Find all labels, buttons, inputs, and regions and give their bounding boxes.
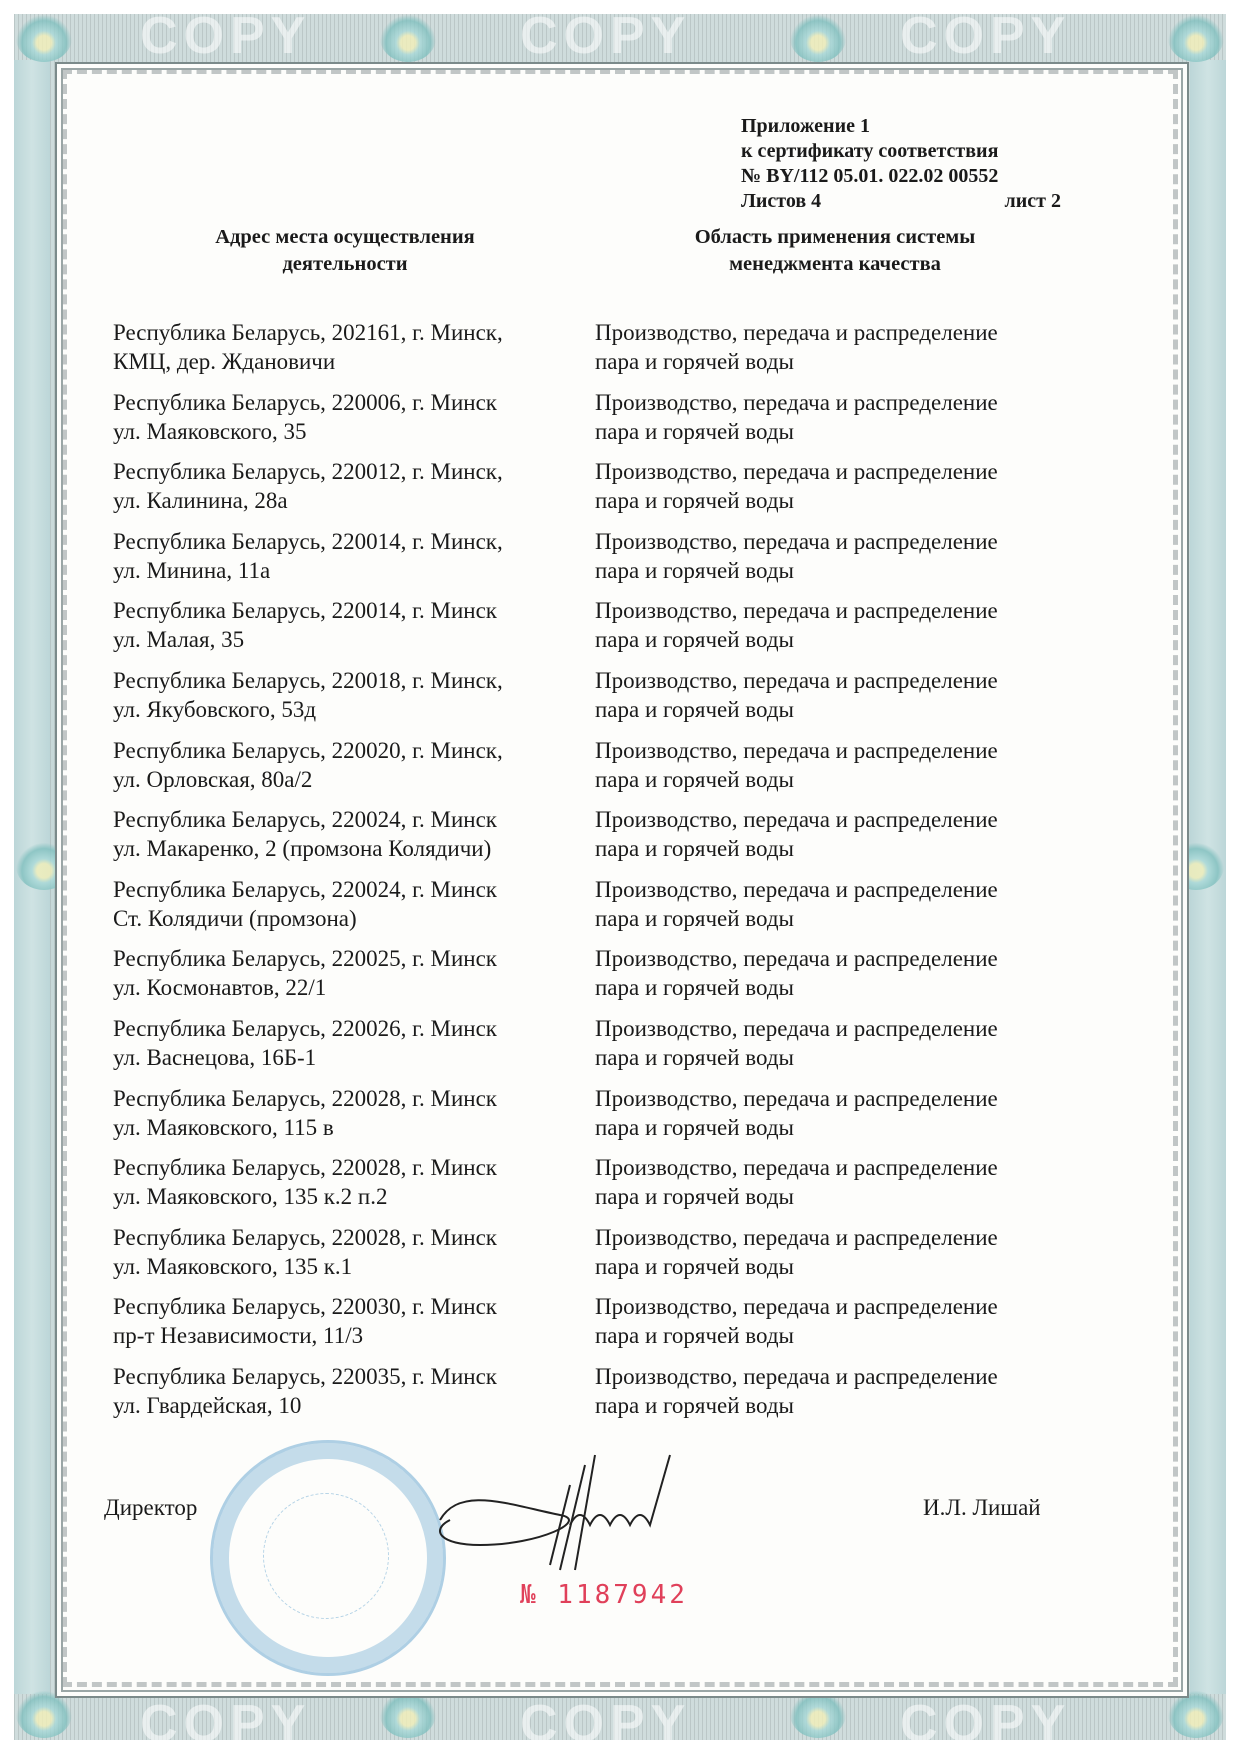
entry-address: Республика Беларусь, 220006, г. Минскул.… — [113, 388, 595, 458]
entry-row: Республика Беларусь, 220006, г. Минскул.… — [113, 388, 1093, 458]
certificate-number: № BY/112 05.01. 022.02 00552 — [741, 164, 1061, 189]
entry-row: Республика Беларусь, 220012, г. Минск,ул… — [113, 457, 1093, 527]
address-column-heading: Адрес места осуществления деятельности — [150, 224, 540, 278]
entry-scope: Производство, передача и распределениепа… — [595, 1223, 1075, 1293]
copy-watermark: COPY — [140, 1694, 311, 1754]
signature-icon — [420, 1445, 740, 1575]
copy-watermark: COPY — [520, 1694, 691, 1754]
entry-row: Республика Беларусь, 220024, г. Минскул.… — [113, 805, 1093, 875]
rosette-ornament-icon — [1168, 14, 1224, 62]
sheet-number: лист 2 — [1005, 189, 1061, 214]
official-stamp — [210, 1440, 446, 1676]
entry-scope: Производство, передача и распределениепа… — [595, 736, 1075, 806]
entry-row: Республика Беларусь, 220035, г. Минскул.… — [113, 1362, 1093, 1432]
entry-row: Республика Беларусь, 220028, г. Минскул.… — [113, 1084, 1093, 1154]
annex-header: Приложение 1 к сертификату соответствия … — [741, 114, 1061, 214]
entry-row: Республика Беларусь, 220026, г. Минскул.… — [113, 1014, 1093, 1084]
copy-watermark: COPY — [900, 6, 1071, 66]
entry-row: Республика Беларусь, 220018, г. Минск,ул… — [113, 666, 1093, 736]
entry-row: Республика Беларусь, 220024, г. МинскСт.… — [113, 875, 1093, 945]
rosette-ornament-icon — [380, 14, 436, 62]
entry-address: Республика Беларусь, 220028, г. Минскул.… — [113, 1084, 595, 1154]
entry-address: Республика Беларусь, 220026, г. Минскул.… — [113, 1014, 595, 1084]
entry-scope: Производство, передача и распределениепа… — [595, 1014, 1075, 1084]
entry-address: Республика Беларусь, 220014, г. Минск,ул… — [113, 527, 595, 597]
entry-address: Республика Беларусь, 220028, г. Минскул.… — [113, 1223, 595, 1293]
copy-watermark: COPY — [140, 6, 311, 66]
entry-address: Республика Беларусь, 220024, г. Минскул.… — [113, 805, 595, 875]
entry-address: Республика Беларусь, 202161, г. Минск,КМ… — [113, 318, 595, 388]
copy-watermark: COPY — [900, 1694, 1071, 1754]
signatory-position: Директор — [104, 1495, 197, 1521]
entries-table: Республика Беларусь, 202161, г. Минск,КМ… — [113, 318, 1093, 1432]
entry-address: Республика Беларусь, 220025, г. Минскул.… — [113, 944, 595, 1014]
entry-row: Республика Беларусь, 220025, г. Минскул.… — [113, 944, 1093, 1014]
entry-address: Республика Беларусь, 220030, г. Минскпр-… — [113, 1292, 595, 1362]
entry-scope: Производство, передача и распределениепа… — [595, 1362, 1075, 1432]
entry-address: Республика Беларусь, 220020, г. Минск,ул… — [113, 736, 595, 806]
entry-scope: Производство, передача и распределениепа… — [595, 318, 1075, 388]
scope-column-heading: Область применения системы менеджмента к… — [640, 224, 1030, 278]
entry-address: Республика Беларусь, 220012, г. Минск,ул… — [113, 457, 595, 527]
serial-number: № 1187942 — [520, 1580, 688, 1610]
entry-address: Республика Беларусь, 220018, г. Минск,ул… — [113, 666, 595, 736]
annex-subtitle: к сертификату соответствия — [741, 139, 1061, 164]
sheets-total: Листов 4 — [741, 189, 821, 214]
entry-row: Республика Беларусь, 220030, г. Минскпр-… — [113, 1292, 1093, 1362]
entry-row: Республика Беларусь, 220014, г. Минскул.… — [113, 596, 1093, 666]
entry-row: Республика Беларусь, 220028, г. Минскул.… — [113, 1153, 1093, 1223]
entry-scope: Производство, передача и распределениепа… — [595, 1153, 1075, 1223]
annex-title: Приложение 1 — [741, 114, 1061, 139]
entry-address: Республика Беларусь, 220028, г. Минскул.… — [113, 1153, 595, 1223]
entry-row: Республика Беларусь, 202161, г. Минск,КМ… — [113, 318, 1093, 388]
entry-scope: Производство, передача и распределениепа… — [595, 596, 1075, 666]
signatory-name: И.Л. Лишай — [923, 1495, 1041, 1521]
entry-scope: Производство, передача и распределениепа… — [595, 875, 1075, 945]
entry-scope: Производство, передача и распределениепа… — [595, 944, 1075, 1014]
entry-scope: Производство, передача и распределениепа… — [595, 666, 1075, 736]
entry-row: Республика Беларусь, 220014, г. Минск,ул… — [113, 527, 1093, 597]
entry-row: Республика Беларусь, 220028, г. Минскул.… — [113, 1223, 1093, 1293]
entry-scope: Производство, передача и распределениепа… — [595, 1084, 1075, 1154]
entry-address: Республика Беларусь, 220024, г. МинскСт.… — [113, 875, 595, 945]
entry-address: Республика Беларусь, 220014, г. Минскул.… — [113, 596, 595, 666]
entry-scope: Производство, передача и распределениепа… — [595, 1292, 1075, 1362]
copy-watermark: COPY — [520, 6, 691, 66]
entry-scope: Производство, передача и распределениепа… — [595, 805, 1075, 875]
entry-row: Республика Беларусь, 220020, г. Минск,ул… — [113, 736, 1093, 806]
entry-scope: Производство, передача и распределениепа… — [595, 457, 1075, 527]
entry-address: Республика Беларусь, 220035, г. Минскул.… — [113, 1362, 595, 1432]
rosette-ornament-icon — [16, 14, 72, 62]
entry-scope: Производство, передача и распределениепа… — [595, 388, 1075, 458]
rosette-ornament-icon — [790, 14, 846, 62]
entry-scope: Производство, передача и распределениепа… — [595, 527, 1075, 597]
